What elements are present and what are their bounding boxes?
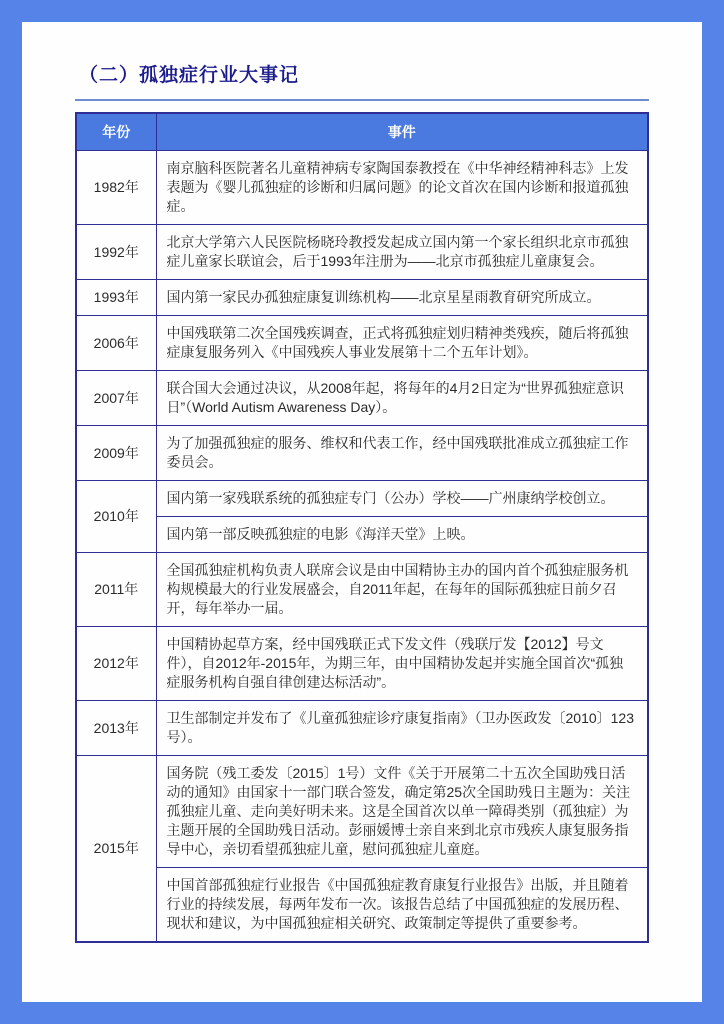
year-cell: 1982年 (76, 151, 156, 225)
year-cell: 2012年 (76, 627, 156, 701)
table-row: 2012年 中国精协起草方案，经中国残联正式下发文件（残联厅发【2012】号文件… (76, 627, 648, 701)
table-row: 国内第一部反映孤独症的电影《海洋天堂》上映。 (76, 517, 648, 553)
event-cell: 国内第一部反映孤独症的电影《海洋天堂》上映。 (156, 517, 648, 553)
event-cell: 为了加强孤独症的服务、维权和代表工作，经中国残联批准成立孤独症工作委员会。 (156, 426, 648, 481)
event-cell: 卫生部制定并发布了《儿童孤独症诊疗康复指南》（卫办医政发〔2010〕123号）。 (156, 701, 648, 756)
table-row: 1982年 南京脑科医院著名儿童精神病专家陶国泰教授在《中华神经精神科志》上发表… (76, 151, 648, 225)
title-divider (75, 99, 649, 101)
event-cell: 中国残联第二次全国残疾调查，正式将孤独症划归精神类残疾，随后将孤独症康复服务列入… (156, 316, 648, 371)
table-row: 中国首部孤独症行业报告《中国孤独症教育康复行业报告》出版，并且随着行业的持续发展… (76, 868, 648, 943)
table-row: 1992年 北京大学第六人民医院杨晓玲教授发起成立国内第一个家长组织北京市孤独症… (76, 225, 648, 280)
year-cell: 1993年 (76, 280, 156, 316)
page-title: （二）孤独症行业大事记 (79, 60, 649, 87)
year-column-header: 年份 (76, 113, 156, 151)
event-column-header: 事件 (156, 113, 648, 151)
event-cell: 中国首部孤独症行业报告《中国孤独症教育康复行业报告》出版，并且随着行业的持续发展… (156, 868, 648, 943)
table-header: 年份 事件 (76, 113, 648, 151)
event-cell: 联合国大会通过决议，从2008年起，将每年的4月2日定为“世界孤独症意识日”（W… (156, 371, 648, 426)
year-cell: 2007年 (76, 371, 156, 426)
page-content: （二）孤独症行业大事记 年份 事件 1982年 南京脑科医院著名儿童精神病专家陶… (22, 22, 702, 1002)
event-cell: 国内第一家残联系统的孤独症专门（公办）学校——广州康纳学校创立。 (156, 481, 648, 517)
year-cell: 1992年 (76, 225, 156, 280)
year-cell: 2010年 (76, 481, 156, 553)
events-table: 年份 事件 1982年 南京脑科医院著名儿童精神病专家陶国泰教授在《中华神经精神… (75, 112, 649, 943)
table-row: 2006年 中国残联第二次全国残疾调查，正式将孤独症划归精神类残疾，随后将孤独症… (76, 316, 648, 371)
table-row: 2015年 国务院（残工委发〔2015〕1号）文件《关于开展第二十五次全国助残日… (76, 756, 648, 868)
event-cell: 全国孤独症机构负责人联席会议是由中国精协主办的国内首个孤独症服务机构规模最大的行… (156, 553, 648, 627)
event-cell: 中国精协起草方案，经中国残联正式下发文件（残联厅发【2012】号文件），自201… (156, 627, 648, 701)
table-row: 1993年 国内第一家民办孤独症康复训练机构——北京星星雨教育研究所成立。 (76, 280, 648, 316)
event-cell: 国务院（残工委发〔2015〕1号）文件《关于开展第二十五次全国助残日活动的通知》… (156, 756, 648, 868)
year-cell: 2013年 (76, 701, 156, 756)
year-cell: 2009年 (76, 426, 156, 481)
table-header-row: 年份 事件 (76, 113, 648, 151)
page-frame: （二）孤独症行业大事记 年份 事件 1982年 南京脑科医院著名儿童精神病专家陶… (0, 0, 724, 1024)
event-cell: 北京大学第六人民医院杨晓玲教授发起成立国内第一个家长组织北京市孤独症儿童家长联谊… (156, 225, 648, 280)
year-cell: 2006年 (76, 316, 156, 371)
table-row: 2013年 卫生部制定并发布了《儿童孤独症诊疗康复指南》（卫办医政发〔2010〕… (76, 701, 648, 756)
table-row: 2010年 国内第一家残联系统的孤独症专门（公办）学校——广州康纳学校创立。 (76, 481, 648, 517)
table-row: 2011年 全国孤独症机构负责人联席会议是由中国精协主办的国内首个孤独症服务机构… (76, 553, 648, 627)
event-cell: 南京脑科医院著名儿童精神病专家陶国泰教授在《中华神经精神科志》上发表题为《婴儿孤… (156, 151, 648, 225)
table-row: 2007年 联合国大会通过决议，从2008年起，将每年的4月2日定为“世界孤独症… (76, 371, 648, 426)
event-cell: 国内第一家民办孤独症康复训练机构——北京星星雨教育研究所成立。 (156, 280, 648, 316)
table-row: 2009年 为了加强孤独症的服务、维权和代表工作，经中国残联批准成立孤独症工作委… (76, 426, 648, 481)
year-cell: 2015年 (76, 756, 156, 943)
year-cell: 2011年 (76, 553, 156, 627)
